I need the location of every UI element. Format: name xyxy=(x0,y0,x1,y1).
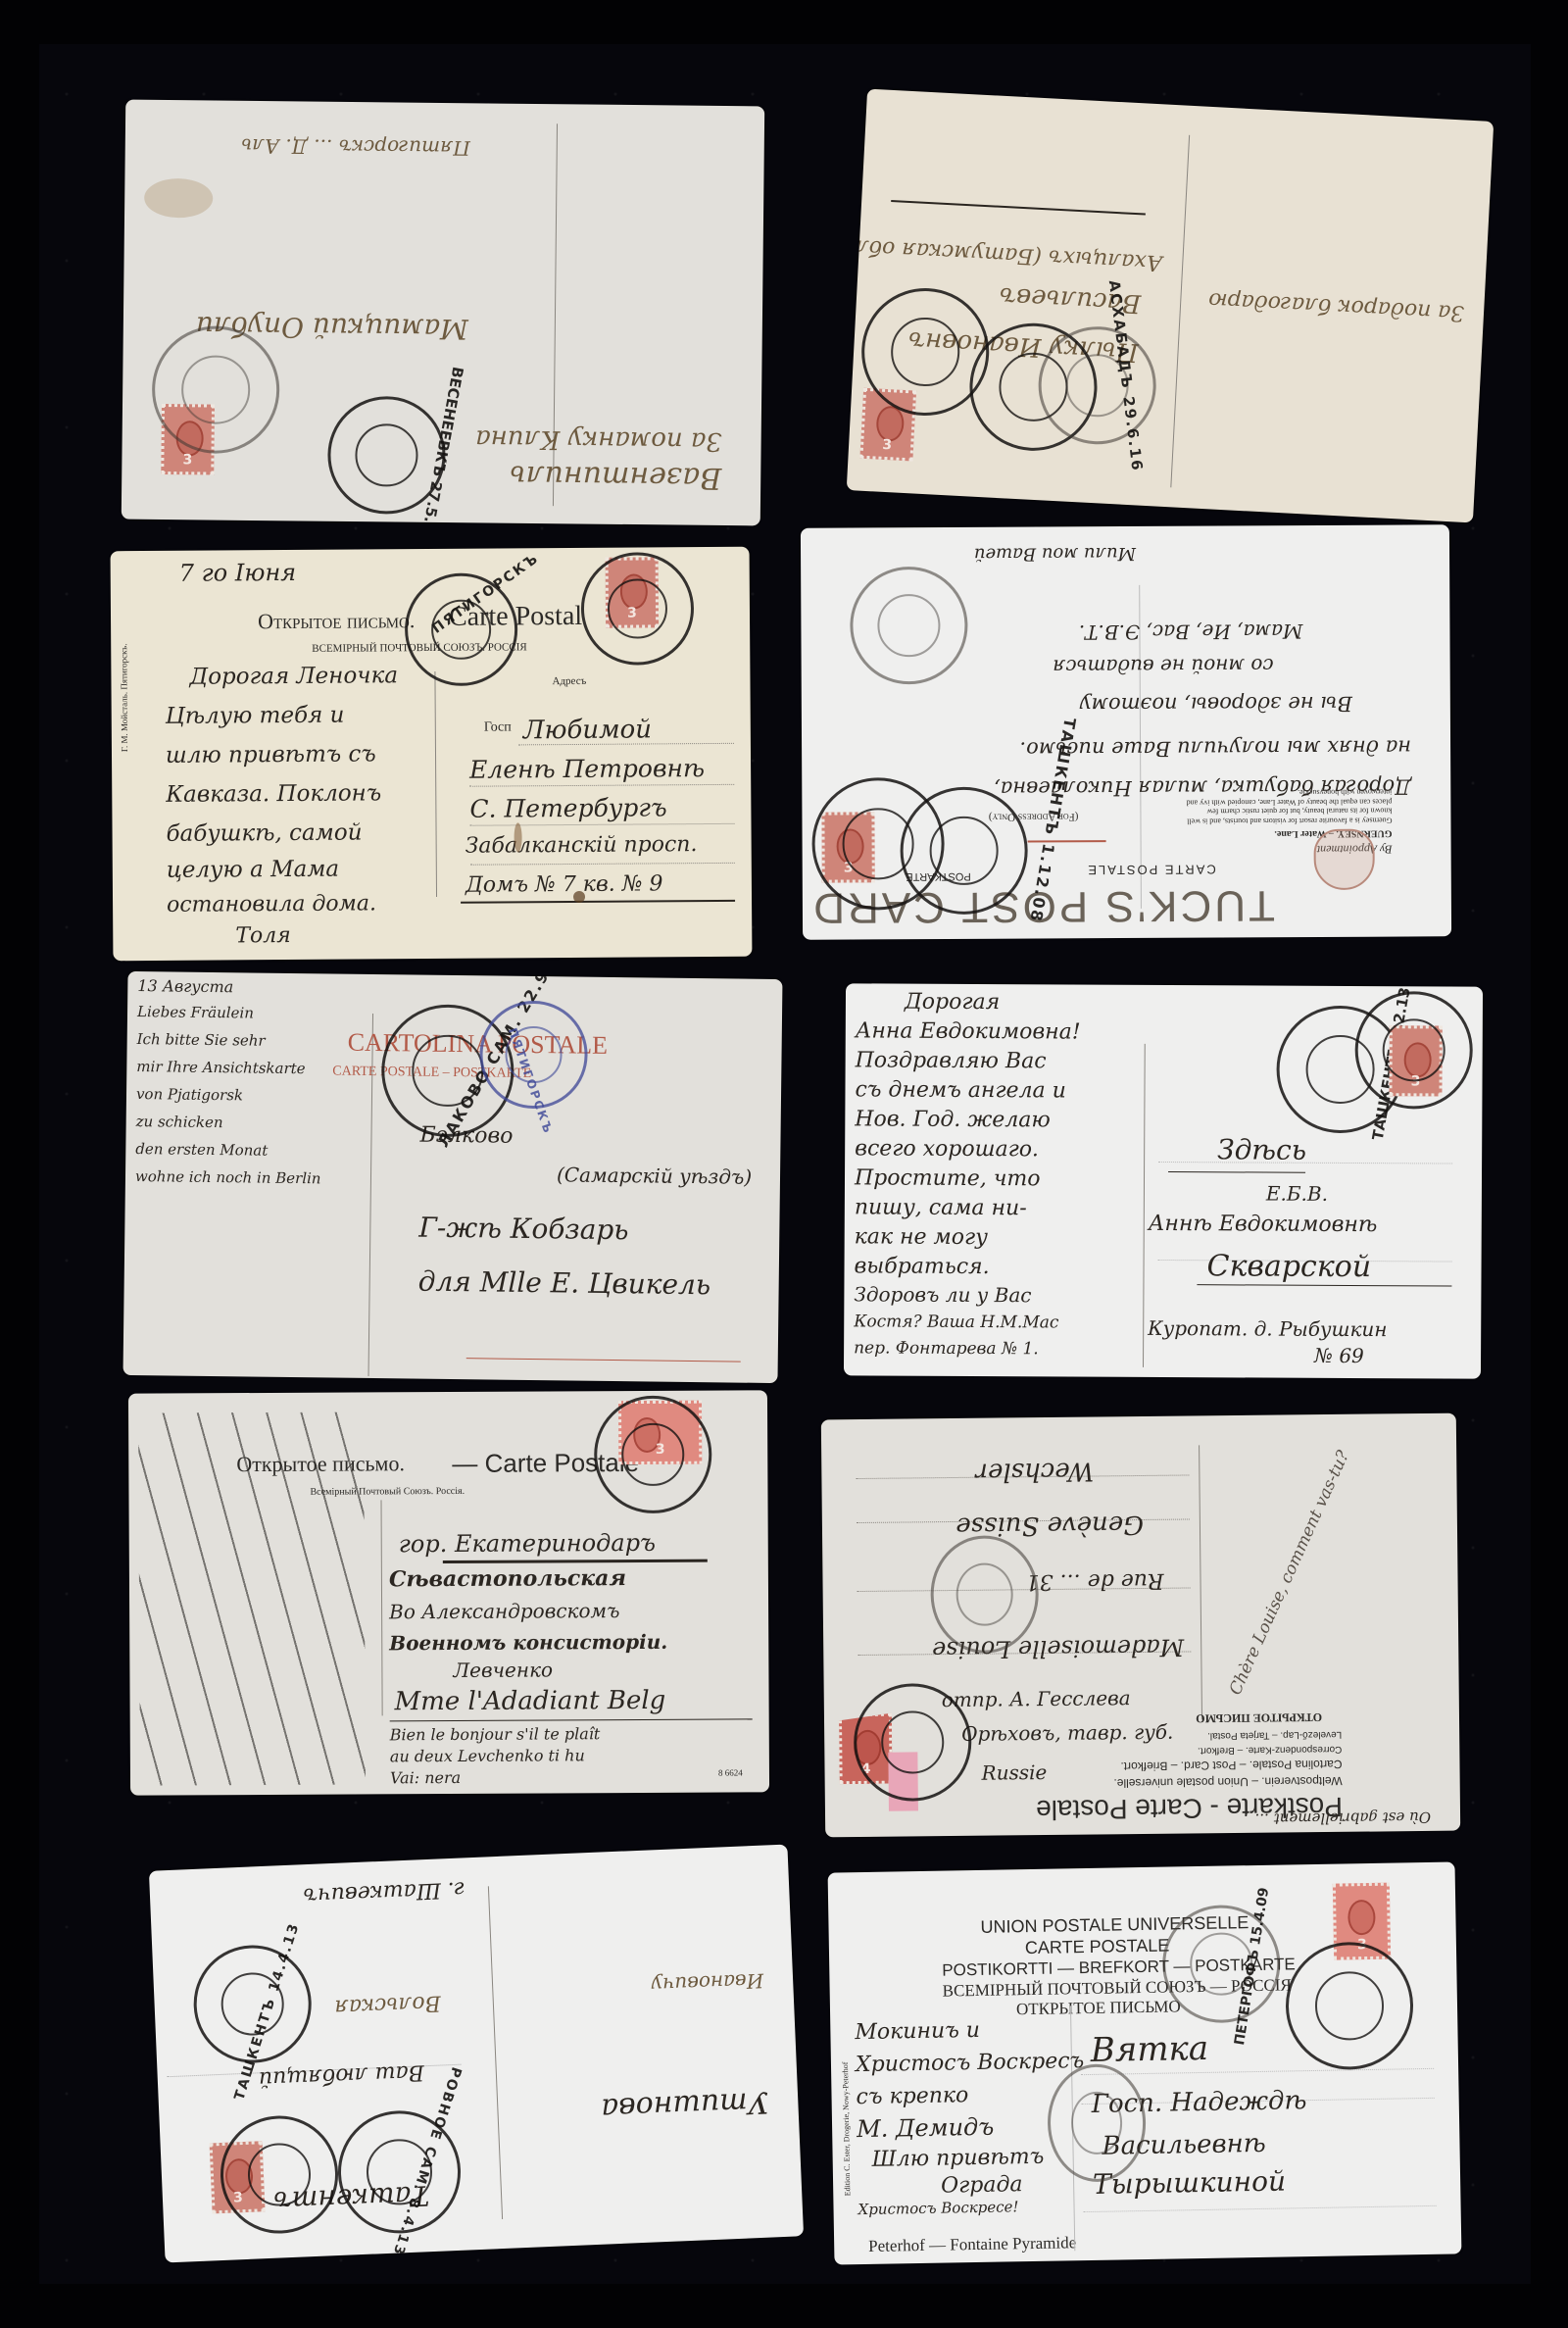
message-line: съ днемъ ангела и xyxy=(855,1076,1066,1105)
handwriting-line: За поманку Клина xyxy=(475,422,722,457)
address-line: № 69 xyxy=(1314,1344,1364,1368)
address-line: Еленѣ Петровнѣ xyxy=(469,753,705,785)
postkarte-line: Correspondenz-Karte. – Brefkort. xyxy=(1198,1744,1342,1757)
message-line: пер. Фонтарева № 1. xyxy=(854,1338,1039,1360)
address-line: Здѣсь xyxy=(1217,1132,1306,1166)
address-line: для Mlle Е. Цвикель xyxy=(417,1264,710,1303)
postkarte-line: Levelező-Lap. – Tarjeta Postal. xyxy=(1207,1729,1342,1741)
postkarte-line: Cartolina Postale. – Post Card. – Briefk… xyxy=(1120,1758,1342,1773)
print-code: 8 6624 xyxy=(718,1767,743,1777)
postcard-9: Ташкентъ Ваш любящий г. Шашкевичъ Вольск… xyxy=(149,1845,804,2263)
message-line: Анна Евдокимовна! xyxy=(856,1017,1081,1046)
postcard-6: Дорогая Анна Евдокимовна! Поздравляю Вас… xyxy=(844,983,1483,1378)
message-line: Ich bitte Sie sehr xyxy=(137,1030,266,1050)
message-line: Мама, Ие, Вас, Э.В.Т. xyxy=(1079,619,1303,644)
otkrytoe-pismo-label: ОТКРЫТОЕ ПИСЬМО xyxy=(1196,1709,1322,1725)
handwriting-line: Вольская xyxy=(334,1989,442,2020)
postmark xyxy=(930,1535,1039,1654)
message-line: Ограда xyxy=(941,2171,1023,2200)
message-line: Дорогая Леночка xyxy=(189,662,398,691)
postcard-2: Пылку Ивановнъ Васильевъ Ахалцыхъ (Батум… xyxy=(847,89,1494,523)
printed-header-line: ОТКРЫТОЕ ПИСЬМО xyxy=(1016,1997,1181,2019)
address-line: Сѣвастопольская xyxy=(389,1565,626,1594)
address-line: Любимой xyxy=(523,714,652,746)
message-line: шлю привѣтъ съ xyxy=(166,740,376,769)
message-line: von Pjatigorsk xyxy=(136,1085,243,1105)
address-line: Забалканскій просп. xyxy=(465,831,698,860)
postmark xyxy=(594,1396,712,1514)
handwriting-line: Утишнова xyxy=(601,2083,769,2127)
crossed-message-handwriting xyxy=(138,1412,366,1785)
message-line: выбраться. xyxy=(854,1253,989,1280)
postcard-8: Postkarte - Carte Postale Weltpostverein… xyxy=(821,1413,1460,1838)
message-line: съ крепко xyxy=(856,2082,968,2110)
address-line: гор. Екатеринодаръ xyxy=(399,1528,656,1559)
publisher-imprint: Edition C. Ester, Drogerie, Nowy-Peterho… xyxy=(841,2061,852,2196)
address-line: Rue de ... 31 xyxy=(1026,1566,1164,1595)
message-line: бабушкѣ, самой xyxy=(166,818,362,848)
message-line: остановила дома. xyxy=(167,890,376,918)
postmark xyxy=(151,325,279,454)
message-line: всего хорошаго. xyxy=(855,1135,1039,1163)
handwriting-line: Вазентиниль xyxy=(510,457,721,496)
message-line: М. Демидъ xyxy=(857,2112,995,2144)
handwriting-line: За подарок благодарю xyxy=(1207,286,1464,326)
postmark xyxy=(854,1683,972,1802)
handwriting-line: Ваш любящий xyxy=(258,2058,424,2093)
signature: Толя xyxy=(235,922,291,950)
message-line: Здоровъ ли у Вас xyxy=(854,1282,1031,1308)
address-line: (Самарскій уѣздъ) xyxy=(557,1163,752,1189)
message-line: Простите, что xyxy=(855,1164,1041,1192)
message-line: mir Ihre Ansichtskarte xyxy=(136,1058,305,1078)
postmark xyxy=(850,567,968,685)
postcard-3: Открытое письмо. Carte Postal Всемiрный … xyxy=(111,547,753,962)
return-address-line: отпр. А. Гесслева xyxy=(942,1686,1131,1712)
royal-crest-icon xyxy=(1314,829,1375,890)
message-line: Шлю привѣтъ xyxy=(871,2144,1044,2174)
address-line: С. Петербургъ xyxy=(469,792,666,824)
oilette-label: "OILETTE" Postcard 7875 xyxy=(1450,681,1451,807)
postmark xyxy=(581,552,695,666)
message-line: Дорогая xyxy=(905,989,1000,1016)
footer-line: Où est gabriellement ... xyxy=(1255,1808,1432,1828)
address-line: Аннѣ Евдокимовнѣ xyxy=(1149,1211,1378,1239)
handwriting-line: Ахалцыхъ (Батумская обл.) xyxy=(847,232,1163,276)
message-line: пишу, сама ни- xyxy=(855,1194,1027,1221)
address-line: Куропат. д. Рыбушкин xyxy=(1148,1316,1387,1342)
handwriting-line: г. Шашкевичъ xyxy=(303,1875,466,1908)
address-line: Г-жѣ Кобзарь xyxy=(418,1211,629,1248)
message-line: zu schicken xyxy=(136,1113,223,1132)
postmark xyxy=(1285,1941,1414,2070)
message-line: Поздравляю Вас xyxy=(856,1047,1047,1075)
address-line: Скварской xyxy=(1206,1248,1371,1285)
card-header-ru: Открытое письмо. xyxy=(258,608,415,634)
address-label: Адресъ xyxy=(552,675,586,687)
message-line: Кавказа. Поклонъ xyxy=(166,779,381,809)
message-line: Костя? Ваша Н.М.Мас xyxy=(854,1312,1058,1333)
address-line: Е.Б.В. xyxy=(1266,1182,1328,1207)
return-address-line: Russie xyxy=(981,1760,1047,1786)
message-line: Христосъ Воскресе! xyxy=(857,2198,1018,2219)
message-line: на днях мы получили Ваше письмо. xyxy=(1019,734,1411,762)
footnote-line: au deux Levchenko ti hu xyxy=(390,1746,585,1766)
postkarte-line: Weltpostverein. – Union postale universe… xyxy=(1113,1774,1342,1790)
publisher-imprint: Г. М. Мойсталь. Пятигорскъ. xyxy=(119,644,129,753)
message-line: целую а Мама xyxy=(167,856,339,885)
printed-header-line: CARTE POSTALE xyxy=(1025,1936,1170,1959)
handwritten-date: 7 го Іюня xyxy=(179,558,297,588)
message-line: Цѣлую тебя и xyxy=(166,702,345,731)
footnote-line: Bien le bonjour s'il te plaît xyxy=(390,1724,601,1745)
handwritten-date: 13 Августа xyxy=(137,976,233,997)
message-line: Мокиниъ и xyxy=(855,2017,980,2047)
postmark xyxy=(900,787,1028,916)
postcard-5: CARTOLINA POSTALE CARTE POSTALE – POSTKA… xyxy=(123,971,783,1383)
message-line: со мной не видаться xyxy=(1053,653,1274,678)
message-line: wohne ich noch in Berlin xyxy=(135,1167,321,1188)
message-line: den ersten Monat xyxy=(135,1140,268,1160)
postcard-1: Вазентиниль За поманку Клина Мамицкий Оп… xyxy=(122,100,764,526)
message-line: Liebes Fräulein xyxy=(137,1003,254,1022)
address-line: Wechsler xyxy=(975,1455,1094,1488)
message-line: Мили мои Вашей xyxy=(974,541,1136,564)
album-page: Вазентиниль За поманку Клина Мамицкий Оп… xyxy=(39,44,1531,2284)
card-caption: Peterhof — Fontaine Pyramide xyxy=(868,2233,1076,2256)
gosp-label: Госп xyxy=(484,719,512,735)
address-line: Во Александровскомъ xyxy=(389,1599,619,1624)
message-line: как не могу xyxy=(855,1223,988,1251)
address-line: Домъ № 7 кв. № 9 xyxy=(465,870,663,899)
handwriting-line: Ивановичу xyxy=(651,1968,764,1998)
postmark xyxy=(1047,2063,1147,2183)
postmark xyxy=(1354,991,1473,1110)
address-line: Военномъ консисторіи. xyxy=(389,1630,667,1656)
postcard-4: TUCK'S POST CARD CARTE POSTALE POSTKARTE… xyxy=(801,524,1451,939)
message-line: Христосъ Воскресъ xyxy=(856,2048,1085,2079)
postcard-7: Открытое письмо. — Carte Postale Всемiрн… xyxy=(128,1390,769,1795)
carte-postale-label: CARTE POSTALE xyxy=(1086,863,1216,878)
address-line: Mme l'Adadiant Belg xyxy=(394,1685,665,1718)
address-line: Левченко xyxy=(453,1658,553,1683)
postcard-10: UNION POSTALE UNIVERSELLE CARTE POSTALE … xyxy=(828,1861,1462,2264)
footnote-line: Vai: nera xyxy=(390,1768,461,1788)
return-address-line: Орѣховъ, тавр. губ. xyxy=(961,1720,1173,1747)
handwriting-line: Пятигорскъ ... Д. Аль xyxy=(241,133,470,160)
message-line: Вы не здоровы, поэтому xyxy=(1079,691,1352,718)
message-line: Нов. Год. желаю xyxy=(855,1106,1051,1134)
